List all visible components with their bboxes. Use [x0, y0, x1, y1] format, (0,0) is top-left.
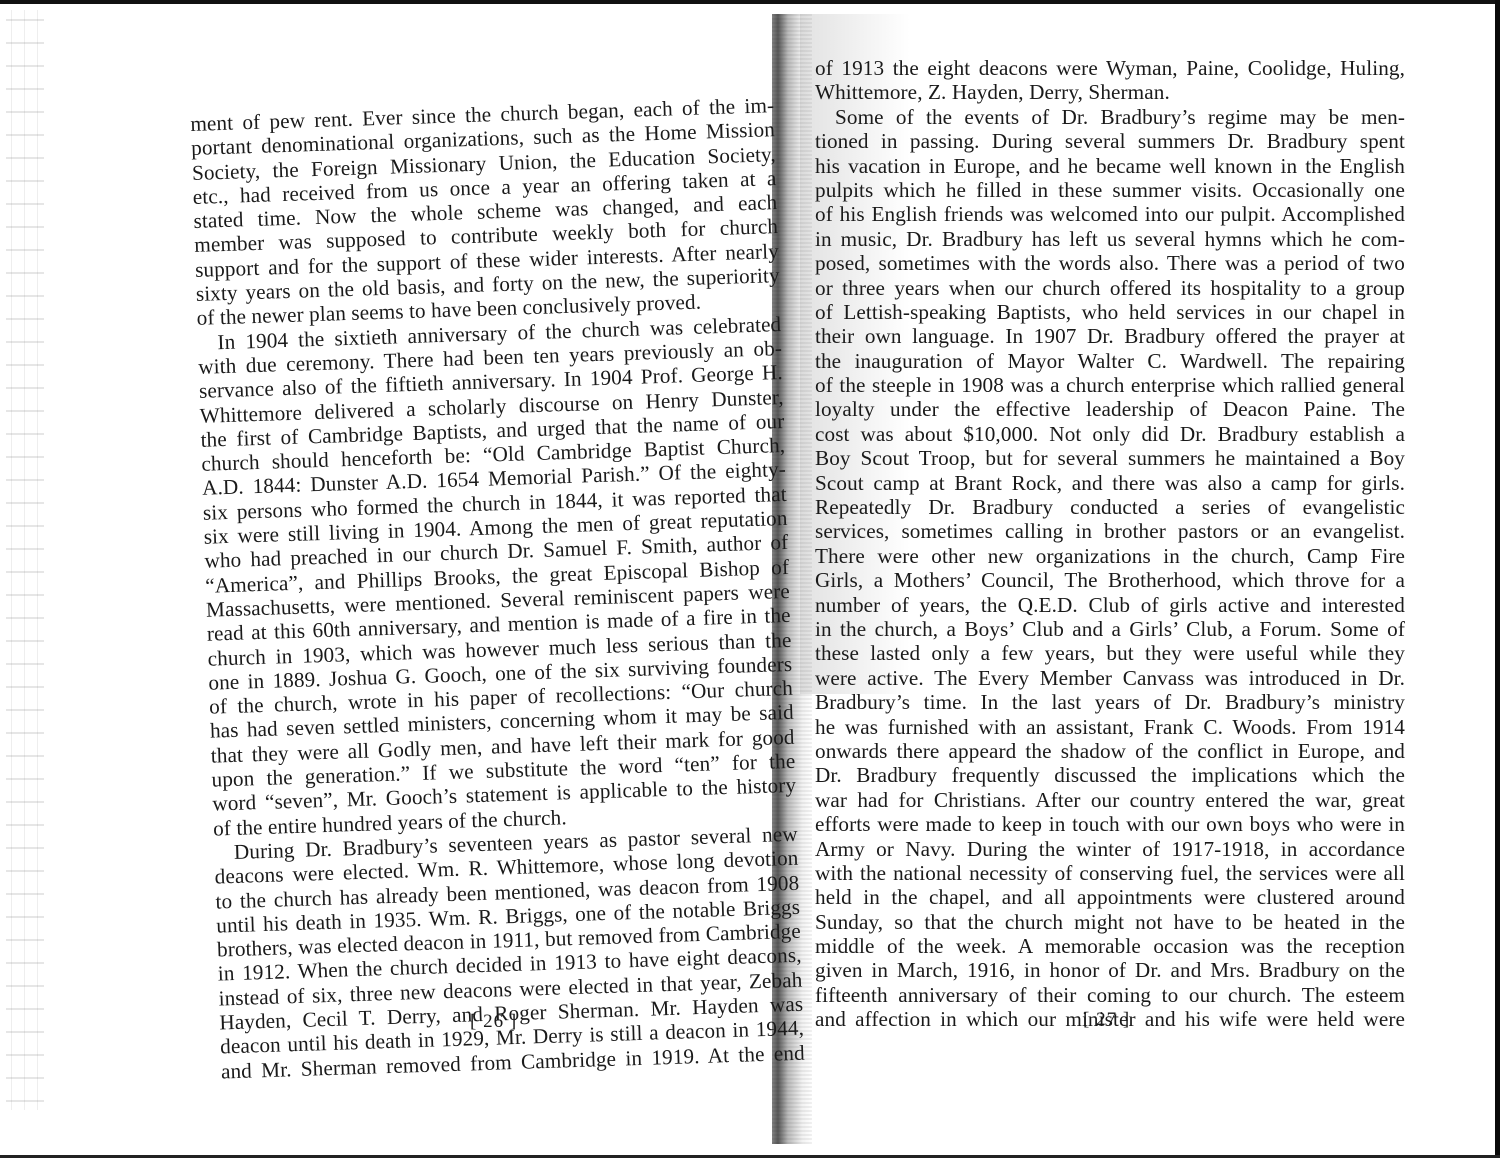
scan-left-edge-noise [6, 10, 44, 1110]
text-line: Dr. Bradbury frequently discussed the im… [815, 763, 1405, 787]
text-line: in music, Dr. Bradbury has left us sever… [815, 227, 1405, 251]
text-line: pulpits which he filled in these summer … [815, 178, 1405, 202]
page-number-left: [ 26 ] [470, 1011, 517, 1033]
text-line: Bradbury’s time. In the last years of Dr… [815, 690, 1405, 714]
text-line: with the national necessity of conservin… [815, 861, 1405, 885]
text-line: of his English friends was welcomed into… [815, 202, 1405, 226]
text-line: his vacation in Europe, and he became we… [815, 154, 1405, 178]
text-line: Boy Scout Troop, but for several summers… [815, 446, 1405, 470]
text-line: services, sometimes calling in brother p… [815, 519, 1405, 543]
text-line: in the church, a Boys’ Club and a Girls’… [815, 617, 1405, 641]
text-line: were active. The Every Member Canvass wa… [815, 666, 1405, 690]
text-line: their own language. In 1907 Dr. Bradbury… [815, 324, 1405, 348]
text-line: he was furnished with an assistant, Fran… [815, 715, 1405, 739]
text-line: of the steeple in 1908 was a church ente… [815, 373, 1405, 397]
text-line: cost was about $10,000. Not only did Dr.… [815, 422, 1405, 446]
text-line: of Lettish-speaking Baptists, who held s… [815, 300, 1405, 324]
text-line: Army or Navy. During the winter of 1917-… [815, 837, 1405, 861]
text-line: onwards there appeard the shadow of the … [815, 739, 1405, 763]
scan-right-border [1495, 0, 1500, 1158]
page-number-right: [ 27 ] [1083, 1009, 1130, 1031]
text-line: number of years, the Q.E.D. Club of girl… [815, 593, 1405, 617]
left-page: ment of pew rent. Ever since the church … [190, 93, 805, 1083]
text-line: Whittemore, Z. Hayden, Derry, Sherman. [815, 80, 1405, 104]
text-line: middle of the week. A memorable occasion… [815, 934, 1405, 958]
scan-top-border [0, 0, 1500, 4]
text-line: or three years when our church offered i… [815, 276, 1405, 300]
text-line: the inauguration of Mayor Walter C. Ward… [815, 349, 1405, 373]
text-line: of 1913 the eight deacons were Wyman, Pa… [815, 56, 1405, 80]
text-line: efforts were made to keep in touch with … [815, 812, 1405, 836]
text-line: held in the chapel, and all appointments… [815, 885, 1405, 909]
text-line: Girls, a Mothers’ Council, The Brotherho… [815, 568, 1405, 592]
text-line: tioned in passing. During several summer… [815, 129, 1405, 153]
text-line: posed, sometimes with the words also. Th… [815, 251, 1405, 275]
text-line: Some of the events of Dr. Bradbury’s reg… [815, 105, 1405, 129]
text-line: war had for Christians. After our countr… [815, 788, 1405, 812]
text-line: Scout camp at Brant Rock, and there was … [815, 471, 1405, 495]
text-line: loyalty under the effective leadership o… [815, 397, 1405, 421]
text-line: fifteenth anniversary of their coming to… [815, 983, 1405, 1007]
text-line: given in March, 1916, in honor of Dr. an… [815, 958, 1405, 982]
text-line: There were other new organizations in th… [815, 544, 1405, 568]
text-line: these lasted only a few years, but they … [815, 641, 1405, 665]
right-page: of 1913 the eight deacons were Wyman, Pa… [815, 56, 1405, 1032]
text-line: Sunday, so that the church might not hav… [815, 910, 1405, 934]
text-line: Repeatedly Dr. Bradbury conducted a seri… [815, 495, 1405, 519]
